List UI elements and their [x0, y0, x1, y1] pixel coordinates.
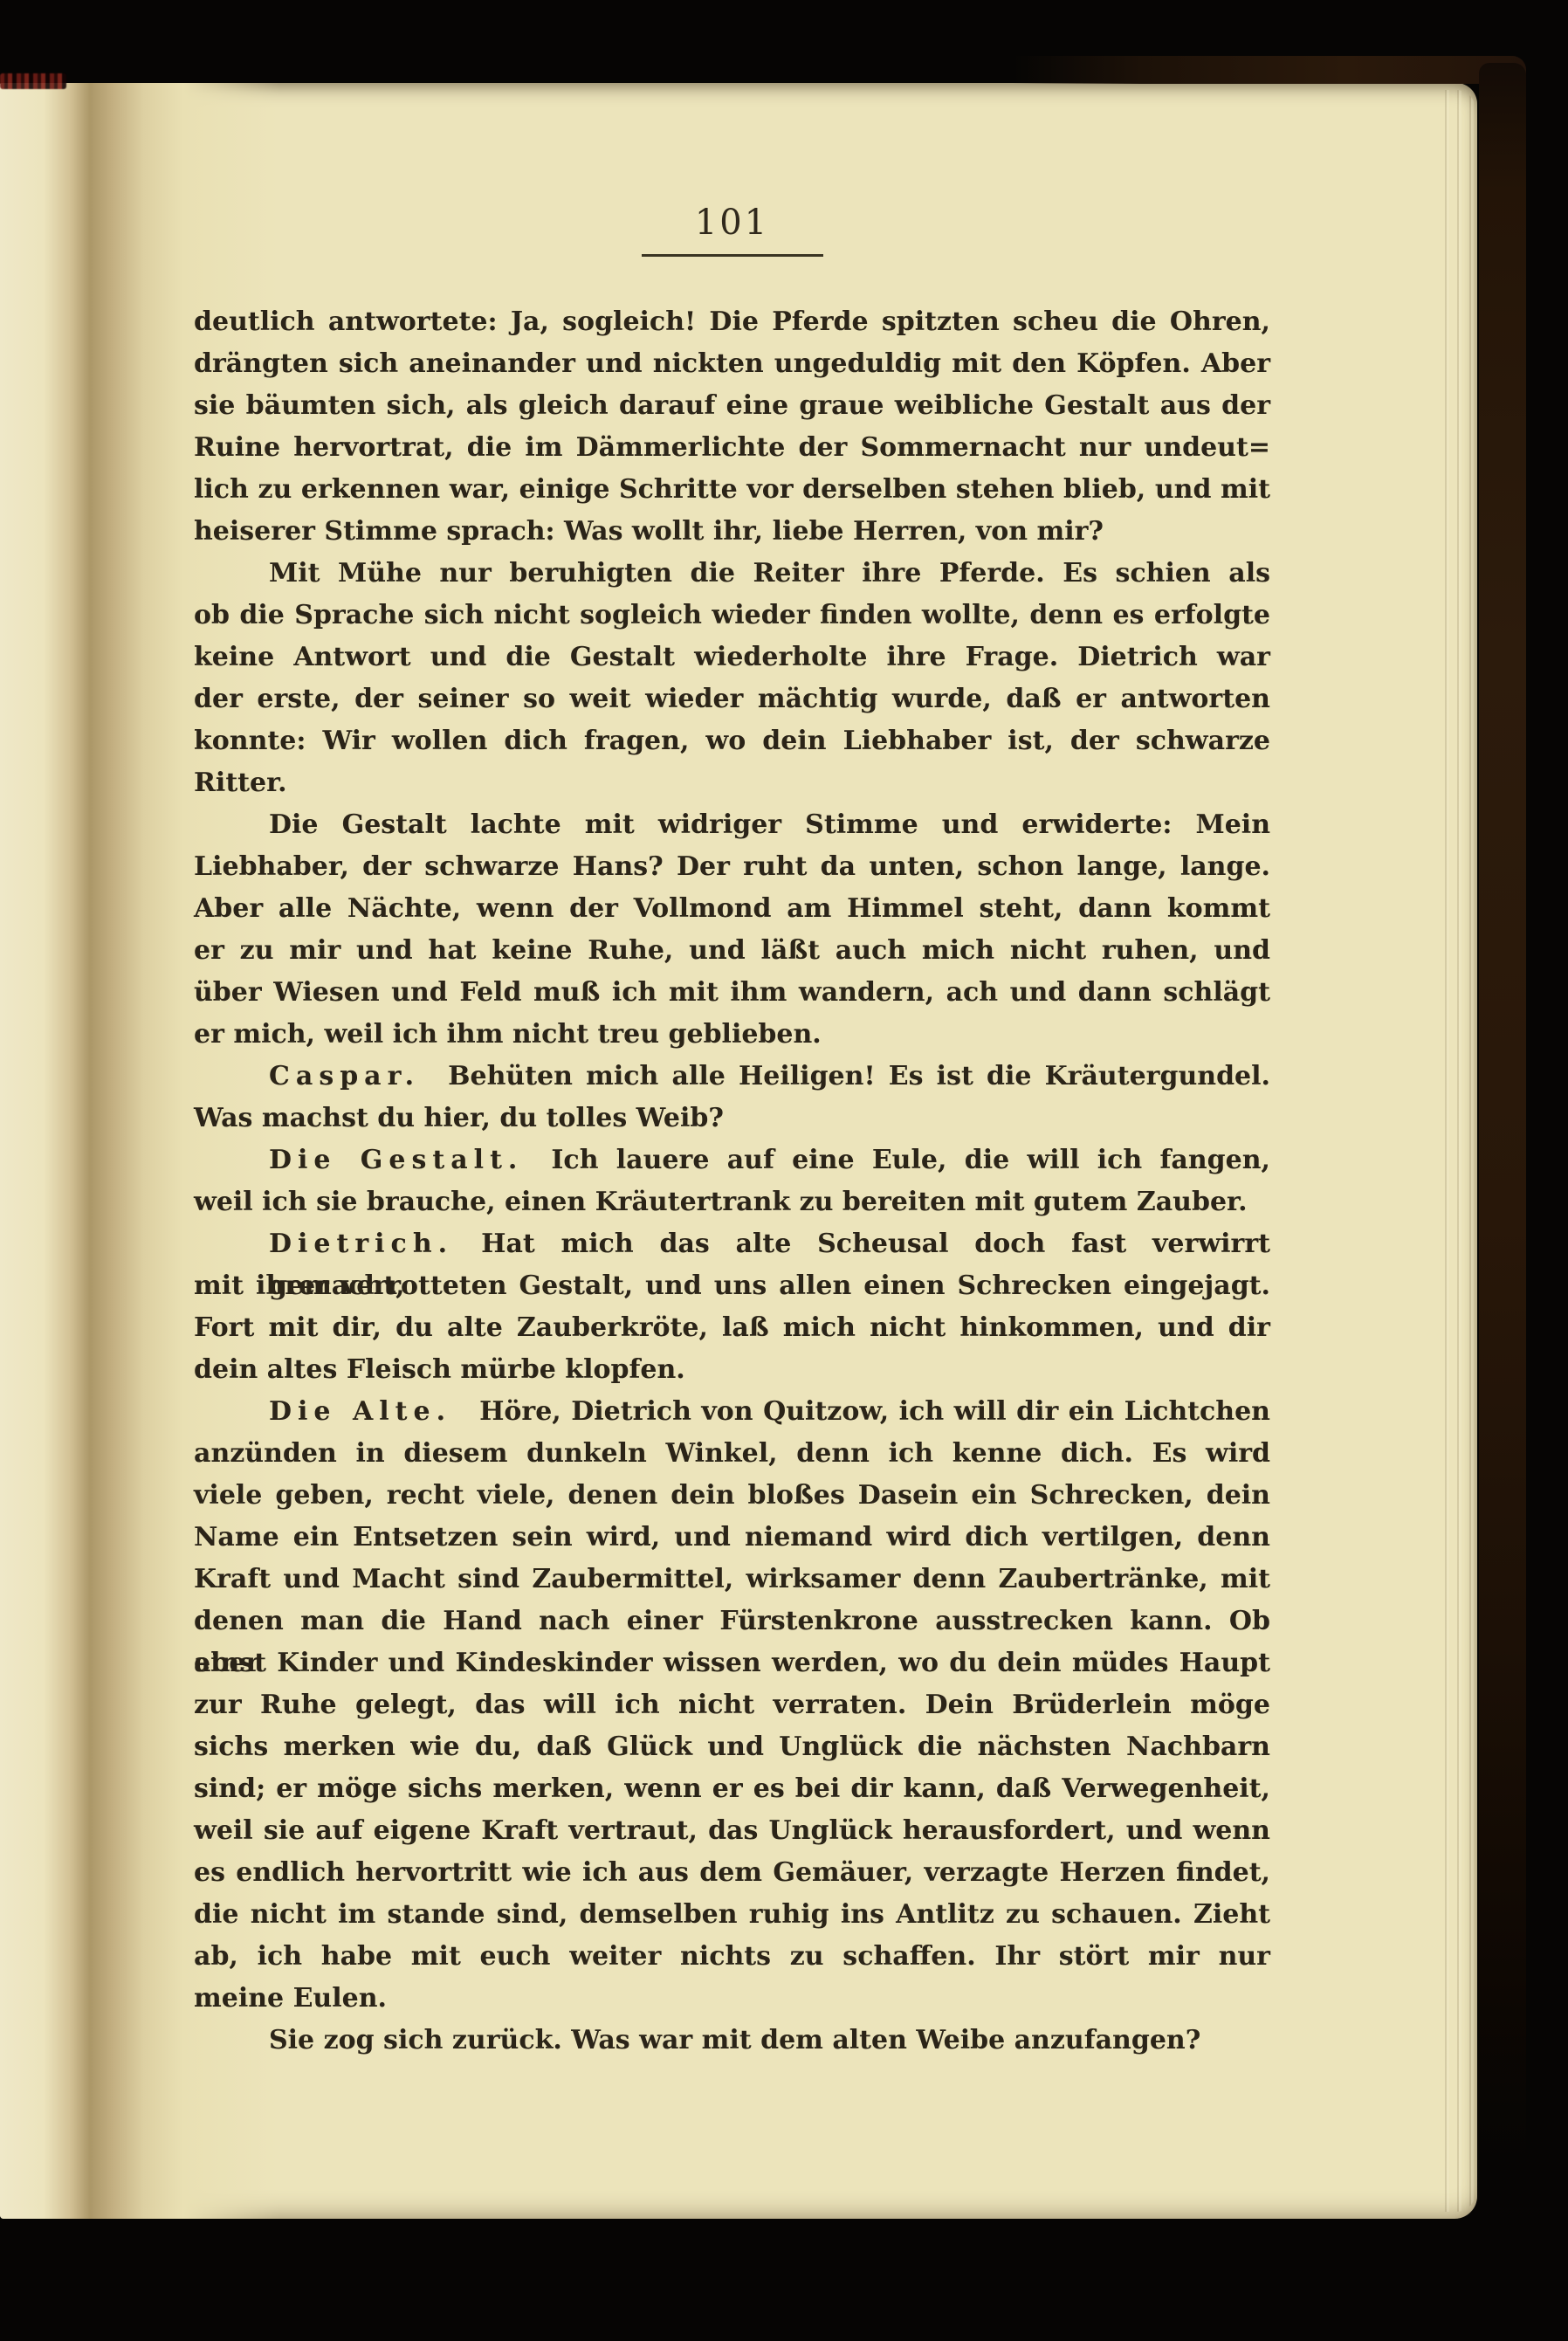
- text-line: Aber alle Nächte, wenn der Vollmond am H…: [194, 888, 1270, 930]
- speaker-name: Die Alte.: [269, 1396, 453, 1427]
- page-edge-stack: [1437, 90, 1475, 2212]
- text-line: der erste, der seiner so weit wieder mäc…: [194, 678, 1270, 720]
- text-line: dein altes Fleisch mürbe klopfen.: [194, 1349, 1270, 1391]
- speaker-name: Die Gestalt.: [269, 1145, 525, 1175]
- text-line: zur Ruhe gelegt, das will ich nicht verr…: [194, 1684, 1270, 1726]
- text-line: Kraft und Macht sind Zaubermittel, wirks…: [194, 1559, 1270, 1601]
- text-line: Name ein Entsetzen sein wird, und nieman…: [194, 1517, 1270, 1559]
- text-line: Caspar. Behüten mich alle Heiligen! Es i…: [194, 1056, 1270, 1098]
- text-line: Ruine hervortrat, die im Dämmerlichte de…: [194, 427, 1270, 469]
- page-header: 101: [194, 205, 1270, 257]
- text-line: Die Alte. Höre, Dietrich von Quitzow, ic…: [194, 1391, 1270, 1433]
- text-line: denen man die Hand nach einer Fürstenkro…: [194, 1601, 1270, 1642]
- text-line: mit ihrer verrotteten Gestalt, und uns a…: [194, 1265, 1270, 1307]
- text-line: Dietrich. Hat mich das alte Scheusal doc…: [194, 1223, 1270, 1265]
- book-scan: 101 deutlich antwortete: Ja, sogleich! D…: [0, 0, 1568, 2341]
- text-line: Die Gestalt. Ich lauere auf eine Eule, d…: [194, 1140, 1270, 1181]
- text-line: ob die Sprache sich nicht sogleich wiede…: [194, 595, 1270, 637]
- text-line: anzünden in diesem dunkeln Winkel, denn …: [194, 1433, 1270, 1475]
- text-line: weil sie auf eigene Kraft vertraut, das …: [194, 1810, 1270, 1852]
- text-line: Mit Mühe nur beruhigten die Reiter ihre …: [194, 553, 1270, 595]
- text-line: weil ich sie brauche, einen Kräutertrank…: [194, 1181, 1270, 1223]
- text-line: Fort mit dir, du alte Zauberkröte, laß m…: [194, 1307, 1270, 1349]
- text-line: Die Gestalt lachte mit widriger Stimme u…: [194, 804, 1270, 846]
- cover-edge-right: [1479, 63, 1526, 2165]
- red-sprinkle-edge: [0, 73, 66, 89]
- text-line: drängten sich aneinander und nickten ung…: [194, 343, 1270, 385]
- text-line: Ritter.: [194, 762, 1270, 804]
- text-line: lich zu erkennen war, einige Schritte vo…: [194, 469, 1270, 511]
- text-line: er zu mir und hat keine Ruhe, und läßt a…: [194, 930, 1270, 972]
- text-line: die nicht im stande sind, demselben ruhi…: [194, 1894, 1270, 1936]
- cover-edge-top: [1013, 56, 1526, 84]
- text-line: keine Antwort und die Gestalt wiederholt…: [194, 637, 1270, 678]
- page-number: 101: [194, 205, 1270, 240]
- text-line: Sie zog sich zurück. Was war mit dem alt…: [194, 2020, 1270, 2062]
- text-line: er mich, weil ich ihm nicht treu geblieb…: [194, 1014, 1270, 1056]
- text-line: sie bäumten sich, als gleich darauf eine…: [194, 385, 1270, 427]
- text-line: sichs merken wie du, daß Glück und Unglü…: [194, 1726, 1270, 1768]
- text-line: Was machst du hier, du tolles Weib?: [194, 1098, 1270, 1140]
- text-line: sind; er möge sichs merken, wenn er es b…: [194, 1768, 1270, 1810]
- speaker-name: Dietrich.: [269, 1229, 455, 1259]
- book-page: 101 deutlich antwortete: Ja, sogleich! D…: [0, 83, 1477, 2219]
- text-line: konnte: Wir wollen dich fragen, wo dein …: [194, 720, 1270, 762]
- text-line: über Wiesen und Feld muß ich mit ihm wan…: [194, 972, 1270, 1014]
- speaker-name: Caspar.: [269, 1061, 422, 1091]
- text-line: viele geben, recht viele, denen dein blo…: [194, 1475, 1270, 1517]
- text-line: einst Kinder und Kindeskinder wissen wer…: [194, 1642, 1270, 1684]
- page-number-rule: [642, 254, 823, 257]
- text-line: meine Eulen.: [194, 1978, 1270, 2020]
- text-line: Liebhaber, der schwarze Hans? Der ruht d…: [194, 846, 1270, 888]
- text-line: es endlich hervortritt wie ich aus dem G…: [194, 1852, 1270, 1894]
- text-block: deutlich antwortete: Ja, sogleich! Die P…: [194, 301, 1270, 2062]
- text-line: heiserer Stimme sprach: Was wollt ihr, l…: [194, 511, 1270, 553]
- text-line: deutlich antwortete: Ja, sogleich! Die P…: [194, 301, 1270, 343]
- text-line: ab, ich habe mit euch weiter nichts zu s…: [194, 1936, 1270, 1978]
